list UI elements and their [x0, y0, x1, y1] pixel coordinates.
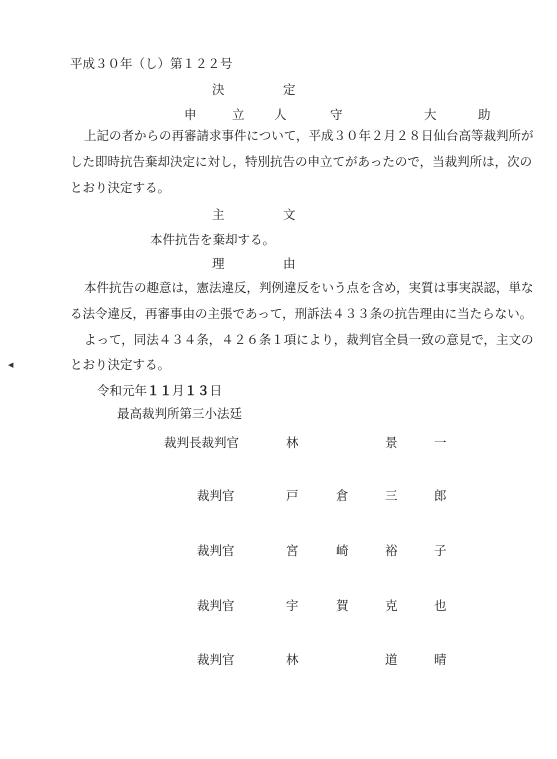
intro-line: した即時抗告棄却決定に対し，特別抗告の申立てがあったので，当裁判所は，次の	[70, 154, 532, 170]
intro-line: とおり決定する。	[70, 180, 170, 196]
judge-name-char: 賀	[336, 598, 349, 614]
main-heading-char: 主	[212, 207, 225, 223]
judge-name-char: 崎	[336, 543, 349, 559]
court-name: 最高裁判所第三小法廷	[117, 406, 242, 422]
judge-title: 裁判官	[197, 543, 235, 559]
margin-marker-icon: ◀	[8, 361, 13, 369]
main-text: 本件抗告を棄却する。	[150, 232, 275, 248]
judge-name-char: 道	[385, 652, 398, 668]
applicant-label: 立	[232, 107, 245, 123]
title-char: 定	[283, 82, 296, 98]
judge-name-char: 克	[385, 598, 398, 614]
judge-name-char: 裕	[385, 543, 398, 559]
title-char: 決	[212, 82, 225, 98]
reason-line: よって，同法４３４条，４２６条１項により，裁判官全員一致の意見で，主文の	[84, 332, 534, 348]
applicant-name: 助	[478, 107, 491, 123]
judge-name-char: 戸	[286, 488, 299, 504]
applicant-name: 大	[424, 107, 437, 123]
applicant-name: 守	[330, 107, 343, 123]
intro-line: 上記の者からの再審請求事件について，平成３０年２月２８日仙台高等裁判所が	[84, 128, 534, 144]
reason-heading-char: 由	[283, 256, 296, 272]
reason-line: 本件抗告の趣意は，憲法違反，判例違反をいう点を含め，実質は事実誤認，単な	[84, 280, 534, 296]
applicant-label: 人	[274, 107, 287, 123]
date-month: １１	[147, 383, 172, 398]
date-day: １３	[185, 383, 210, 398]
judge-name-char: 三	[385, 488, 398, 504]
applicant-label: 申	[184, 107, 197, 123]
judge-title: 裁判長裁判官	[164, 435, 239, 451]
decision-date: 令和元年１１月１３日	[97, 383, 222, 399]
date-day-label: 日	[210, 383, 223, 398]
judge-name-char: 子	[434, 543, 447, 559]
judge-title: 裁判官	[197, 488, 235, 504]
judge-name-char: 倉	[336, 488, 349, 504]
judge-name-char: 晴	[434, 652, 447, 668]
judge-name-char: 景	[385, 435, 398, 451]
judge-title: 裁判官	[197, 652, 235, 668]
case-number: 平成３０年（し）第１２２号	[70, 56, 233, 72]
main-heading-char: 文	[283, 207, 296, 223]
judge-name-char: 宇	[286, 598, 299, 614]
date-prefix: 令和元年	[97, 383, 147, 398]
judge-name-char: 一	[434, 435, 447, 451]
reason-line: とおり決定する。	[70, 357, 170, 373]
judge-name-char: 也	[434, 598, 447, 614]
judge-title: 裁判官	[197, 598, 235, 614]
reason-line: る法令違反，再審事由の主張であって，刑訴法４３３条の抗告理由に当たらない。	[70, 306, 532, 322]
judge-name-char: 林	[286, 652, 299, 668]
judge-name-char: 林	[286, 435, 299, 451]
judge-name-char: 宮	[286, 543, 299, 559]
reason-heading-char: 理	[212, 256, 225, 272]
date-month-label: 月	[172, 383, 185, 398]
judge-name-char: 郎	[434, 488, 447, 504]
